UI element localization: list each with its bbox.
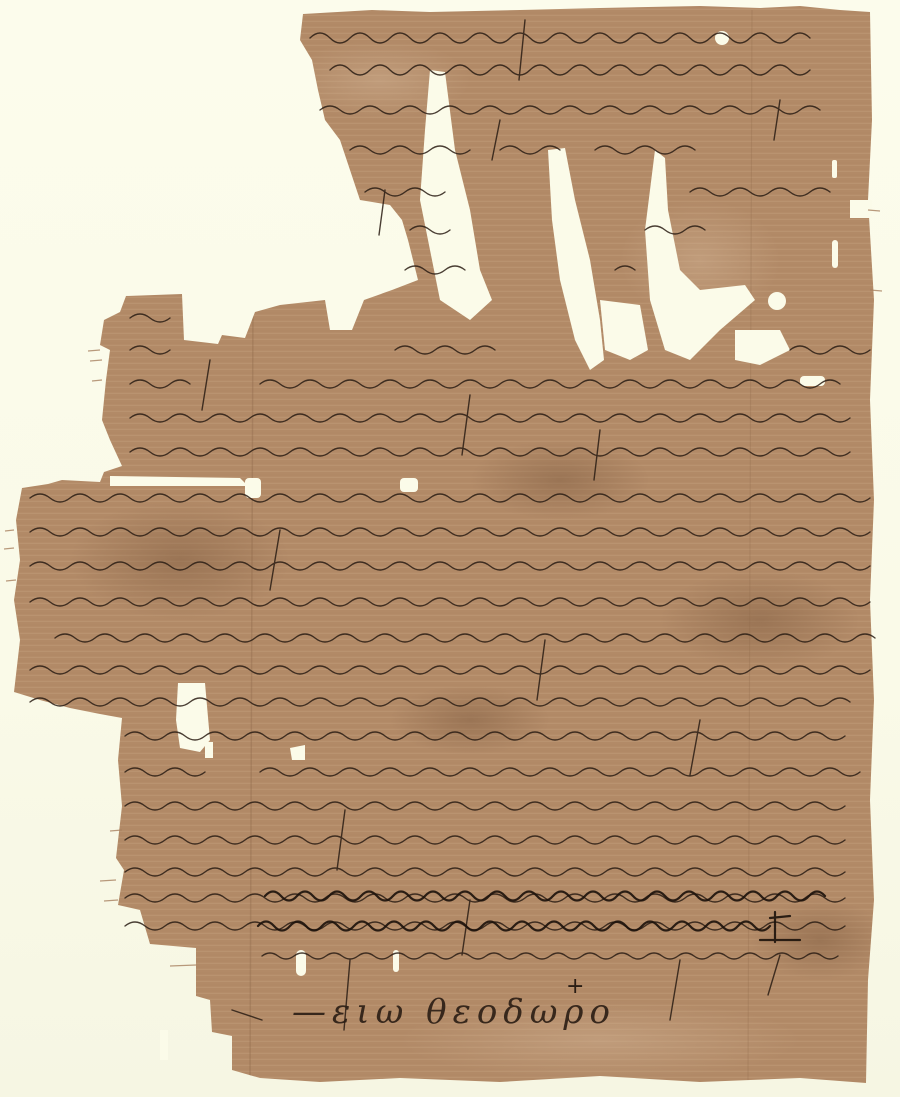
papyrus-sheet [0, 0, 900, 1097]
cross-mark: + [566, 974, 584, 999]
photo-canvas: —ειω θεοδωρο + [0, 0, 900, 1097]
